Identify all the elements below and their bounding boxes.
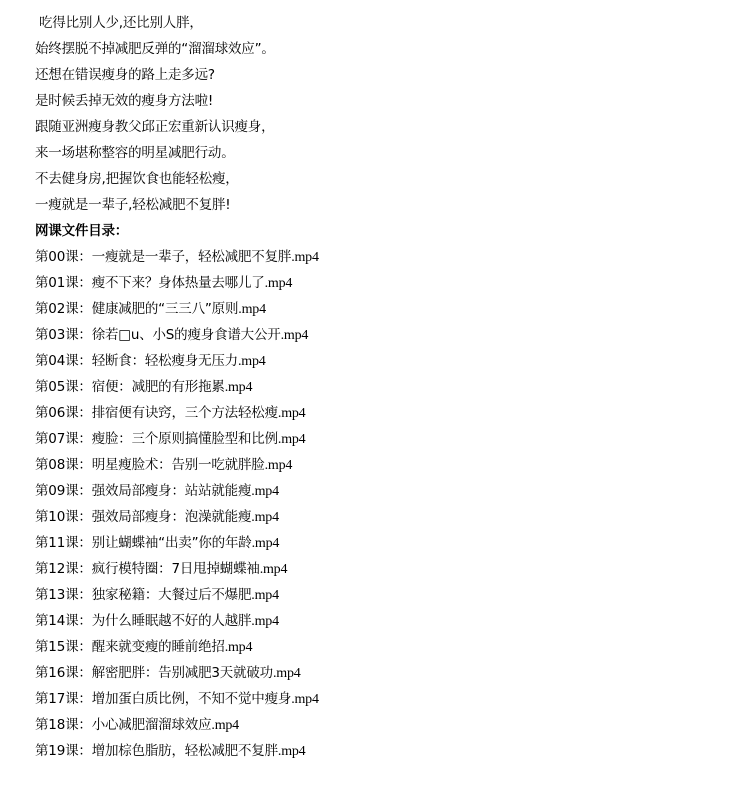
lesson-item: 第07课：瘦脸：三个原则搞懂脸型和比例.mp4 bbox=[35, 426, 735, 452]
lesson-item: 第04课：轻断食：轻松瘦身无压力.mp4 bbox=[35, 348, 735, 374]
lesson-title: 疯行模特圈：7日甩掉蝴蝶袖 bbox=[92, 561, 260, 577]
intro-line: 来一场堪称整容的明星减肥行动。 bbox=[35, 140, 735, 166]
intro-line: 跟随亚洲瘦身教父邱正宏重新认识瘦身， bbox=[35, 114, 735, 140]
lesson-number: 第04课： bbox=[35, 353, 92, 369]
intro-line: 一瘦就是一辈子,轻松减肥不复胖! bbox=[35, 192, 735, 218]
intro-line: 吃得比别人少,还比别人胖， bbox=[35, 10, 735, 36]
lesson-extension: .mp4 bbox=[251, 614, 279, 629]
lesson-number: 第15课： bbox=[35, 639, 92, 655]
lesson-title: 醒来就变瘦的睡前绝招 bbox=[92, 639, 225, 655]
lesson-item: 第15课：醒来就变瘦的睡前绝招.mp4 bbox=[35, 634, 735, 660]
lesson-extension: .mp4 bbox=[225, 380, 253, 395]
lesson-number: 第18课： bbox=[35, 717, 92, 733]
lesson-title: 为什么睡眠越不好的人越胖 bbox=[92, 613, 252, 629]
lesson-extension: .mp4 bbox=[251, 510, 279, 525]
lesson-title: 解密肥胖：告别减肥3天就破功 bbox=[92, 665, 273, 681]
lesson-item: 第13课：独家秘籍：大餐过后不爆肥.mp4 bbox=[35, 582, 735, 608]
lesson-number: 第17课： bbox=[35, 691, 92, 707]
lesson-extension: .mp4 bbox=[278, 432, 306, 447]
lesson-extension: .mp4 bbox=[260, 562, 288, 577]
lesson-number: 第00课： bbox=[35, 249, 92, 265]
lesson-title: 小心减肥溜溜球效应 bbox=[92, 717, 212, 733]
lesson-item: 第11课：别让蝴蝶袖“出卖”你的年龄.mp4 bbox=[35, 530, 735, 556]
lesson-extension: .mp4 bbox=[273, 666, 301, 681]
lesson-item: 第18课：小心减肥溜溜球效应.mp4 bbox=[35, 712, 735, 738]
lesson-title: 排宿便有诀窍，三个方法轻松瘦 bbox=[92, 405, 278, 421]
lesson-number: 第16课： bbox=[35, 665, 92, 681]
lesson-extension: .mp4 bbox=[225, 640, 253, 655]
lesson-list: 第00课：一瘦就是一辈子，轻松减肥不复胖.mp4 第01课：瘦不下来？身体热量去… bbox=[35, 244, 735, 764]
lesson-number: 第08课： bbox=[35, 457, 92, 473]
lesson-number: 第09课： bbox=[35, 483, 92, 499]
lesson-number: 第11课： bbox=[35, 535, 92, 551]
lesson-item: 第01课：瘦不下来？身体热量去哪儿了.mp4 bbox=[35, 270, 735, 296]
lesson-number: 第14课： bbox=[35, 613, 92, 629]
lesson-title: 强效局部瘦身：泡澡就能瘦 bbox=[92, 509, 252, 525]
intro-line: 始终摆脱不掉减肥反弹的“溜溜球效应”。 bbox=[35, 36, 735, 62]
lesson-number: 第07课： bbox=[35, 431, 92, 447]
intro-line: 是时候丢掉无效的瘦身方法啦! bbox=[35, 88, 735, 114]
lesson-title: 瘦不下来？身体热量去哪儿了 bbox=[92, 275, 265, 291]
lesson-title: 一瘦就是一辈子，轻松减肥不复胖 bbox=[92, 249, 292, 265]
lesson-title: 瘦脸：三个原则搞懂脸型和比例 bbox=[92, 431, 278, 447]
lesson-extension: .mp4 bbox=[238, 354, 266, 369]
lesson-title: 徐若□u、小S的瘦身食谱大公开 bbox=[92, 327, 281, 343]
lesson-item: 第14课：为什么睡眠越不好的人越胖.mp4 bbox=[35, 608, 735, 634]
lesson-title: 独家秘籍：大餐过后不爆肥 bbox=[92, 587, 252, 603]
lesson-extension: .mp4 bbox=[281, 328, 309, 343]
document-body: 吃得比别人少,还比别人胖， 始终摆脱不掉减肥反弹的“溜溜球效应”。 还想在错误瘦… bbox=[35, 10, 735, 764]
lesson-extension: .mp4 bbox=[251, 588, 279, 603]
lesson-number: 第02课： bbox=[35, 301, 92, 317]
lesson-title: 宿便：减肥的有形拖累 bbox=[92, 379, 225, 395]
lesson-extension: .mp4 bbox=[265, 276, 293, 291]
lesson-extension: .mp4 bbox=[278, 744, 306, 759]
catalog-heading: 网课文件目录： bbox=[35, 218, 735, 244]
lesson-extension: .mp4 bbox=[278, 406, 306, 421]
lesson-extension: .mp4 bbox=[265, 458, 293, 473]
intro-line: 还想在错误瘦身的路上走多远? bbox=[35, 62, 735, 88]
lesson-item: 第16课：解密肥胖：告别减肥3天就破功.mp4 bbox=[35, 660, 735, 686]
lesson-item: 第19课：增加棕色脂肪，轻松减肥不复胖.mp4 bbox=[35, 738, 735, 764]
lesson-extension: .mp4 bbox=[291, 250, 319, 265]
intro-line: 不去健身房,把握饮食也能轻松瘦， bbox=[35, 166, 735, 192]
lesson-item: 第09课：强效局部瘦身：站站就能瘦.mp4 bbox=[35, 478, 735, 504]
lesson-extension: .mp4 bbox=[211, 718, 239, 733]
lesson-item: 第00课：一瘦就是一辈子，轻松减肥不复胖.mp4 bbox=[35, 244, 735, 270]
lesson-item: 第02课：健康减肥的“三三八”原则.mp4 bbox=[35, 296, 735, 322]
lesson-title: 轻断食：轻松瘦身无压力 bbox=[92, 353, 238, 369]
lesson-item: 第06课：排宿便有诀窍，三个方法轻松瘦.mp4 bbox=[35, 400, 735, 426]
lesson-title: 明星瘦脸术：告别一吃就胖脸 bbox=[92, 457, 265, 473]
lesson-item: 第10课：强效局部瘦身：泡澡就能瘦.mp4 bbox=[35, 504, 735, 530]
lesson-title: 增加棕色脂肪，轻松减肥不复胖 bbox=[92, 743, 278, 759]
lesson-extension: .mp4 bbox=[252, 536, 280, 551]
lesson-number: 第19课： bbox=[35, 743, 92, 759]
lesson-title: 强效局部瘦身：站站就能瘦 bbox=[92, 483, 252, 499]
lesson-number: 第06课： bbox=[35, 405, 92, 421]
lesson-item: 第05课：宿便：减肥的有形拖累.mp4 bbox=[35, 374, 735, 400]
lesson-number: 第01课： bbox=[35, 275, 92, 291]
lesson-item: 第12课：疯行模特圈：7日甩掉蝴蝶袖.mp4 bbox=[35, 556, 735, 582]
lesson-title: 增加蛋白质比例，不知不觉中瘦身 bbox=[92, 691, 292, 707]
lesson-number: 第05课： bbox=[35, 379, 92, 395]
lesson-item: 第03课：徐若□u、小S的瘦身食谱大公开.mp4 bbox=[35, 322, 735, 348]
lesson-title: 健康减肥的“三三八”原则 bbox=[92, 301, 239, 317]
lesson-number: 第12课： bbox=[35, 561, 92, 577]
lesson-item: 第08课：明星瘦脸术：告别一吃就胖脸.mp4 bbox=[35, 452, 735, 478]
lesson-extension: .mp4 bbox=[251, 484, 279, 499]
lesson-item: 第17课：增加蛋白质比例，不知不觉中瘦身.mp4 bbox=[35, 686, 735, 712]
lesson-extension: .mp4 bbox=[238, 302, 266, 317]
lesson-number: 第13课： bbox=[35, 587, 92, 603]
lesson-title: 别让蝴蝶袖“出卖”你的年龄 bbox=[92, 535, 252, 551]
lesson-extension: .mp4 bbox=[291, 692, 319, 707]
lesson-number: 第10课： bbox=[35, 509, 92, 525]
lesson-number: 第03课： bbox=[35, 327, 92, 343]
